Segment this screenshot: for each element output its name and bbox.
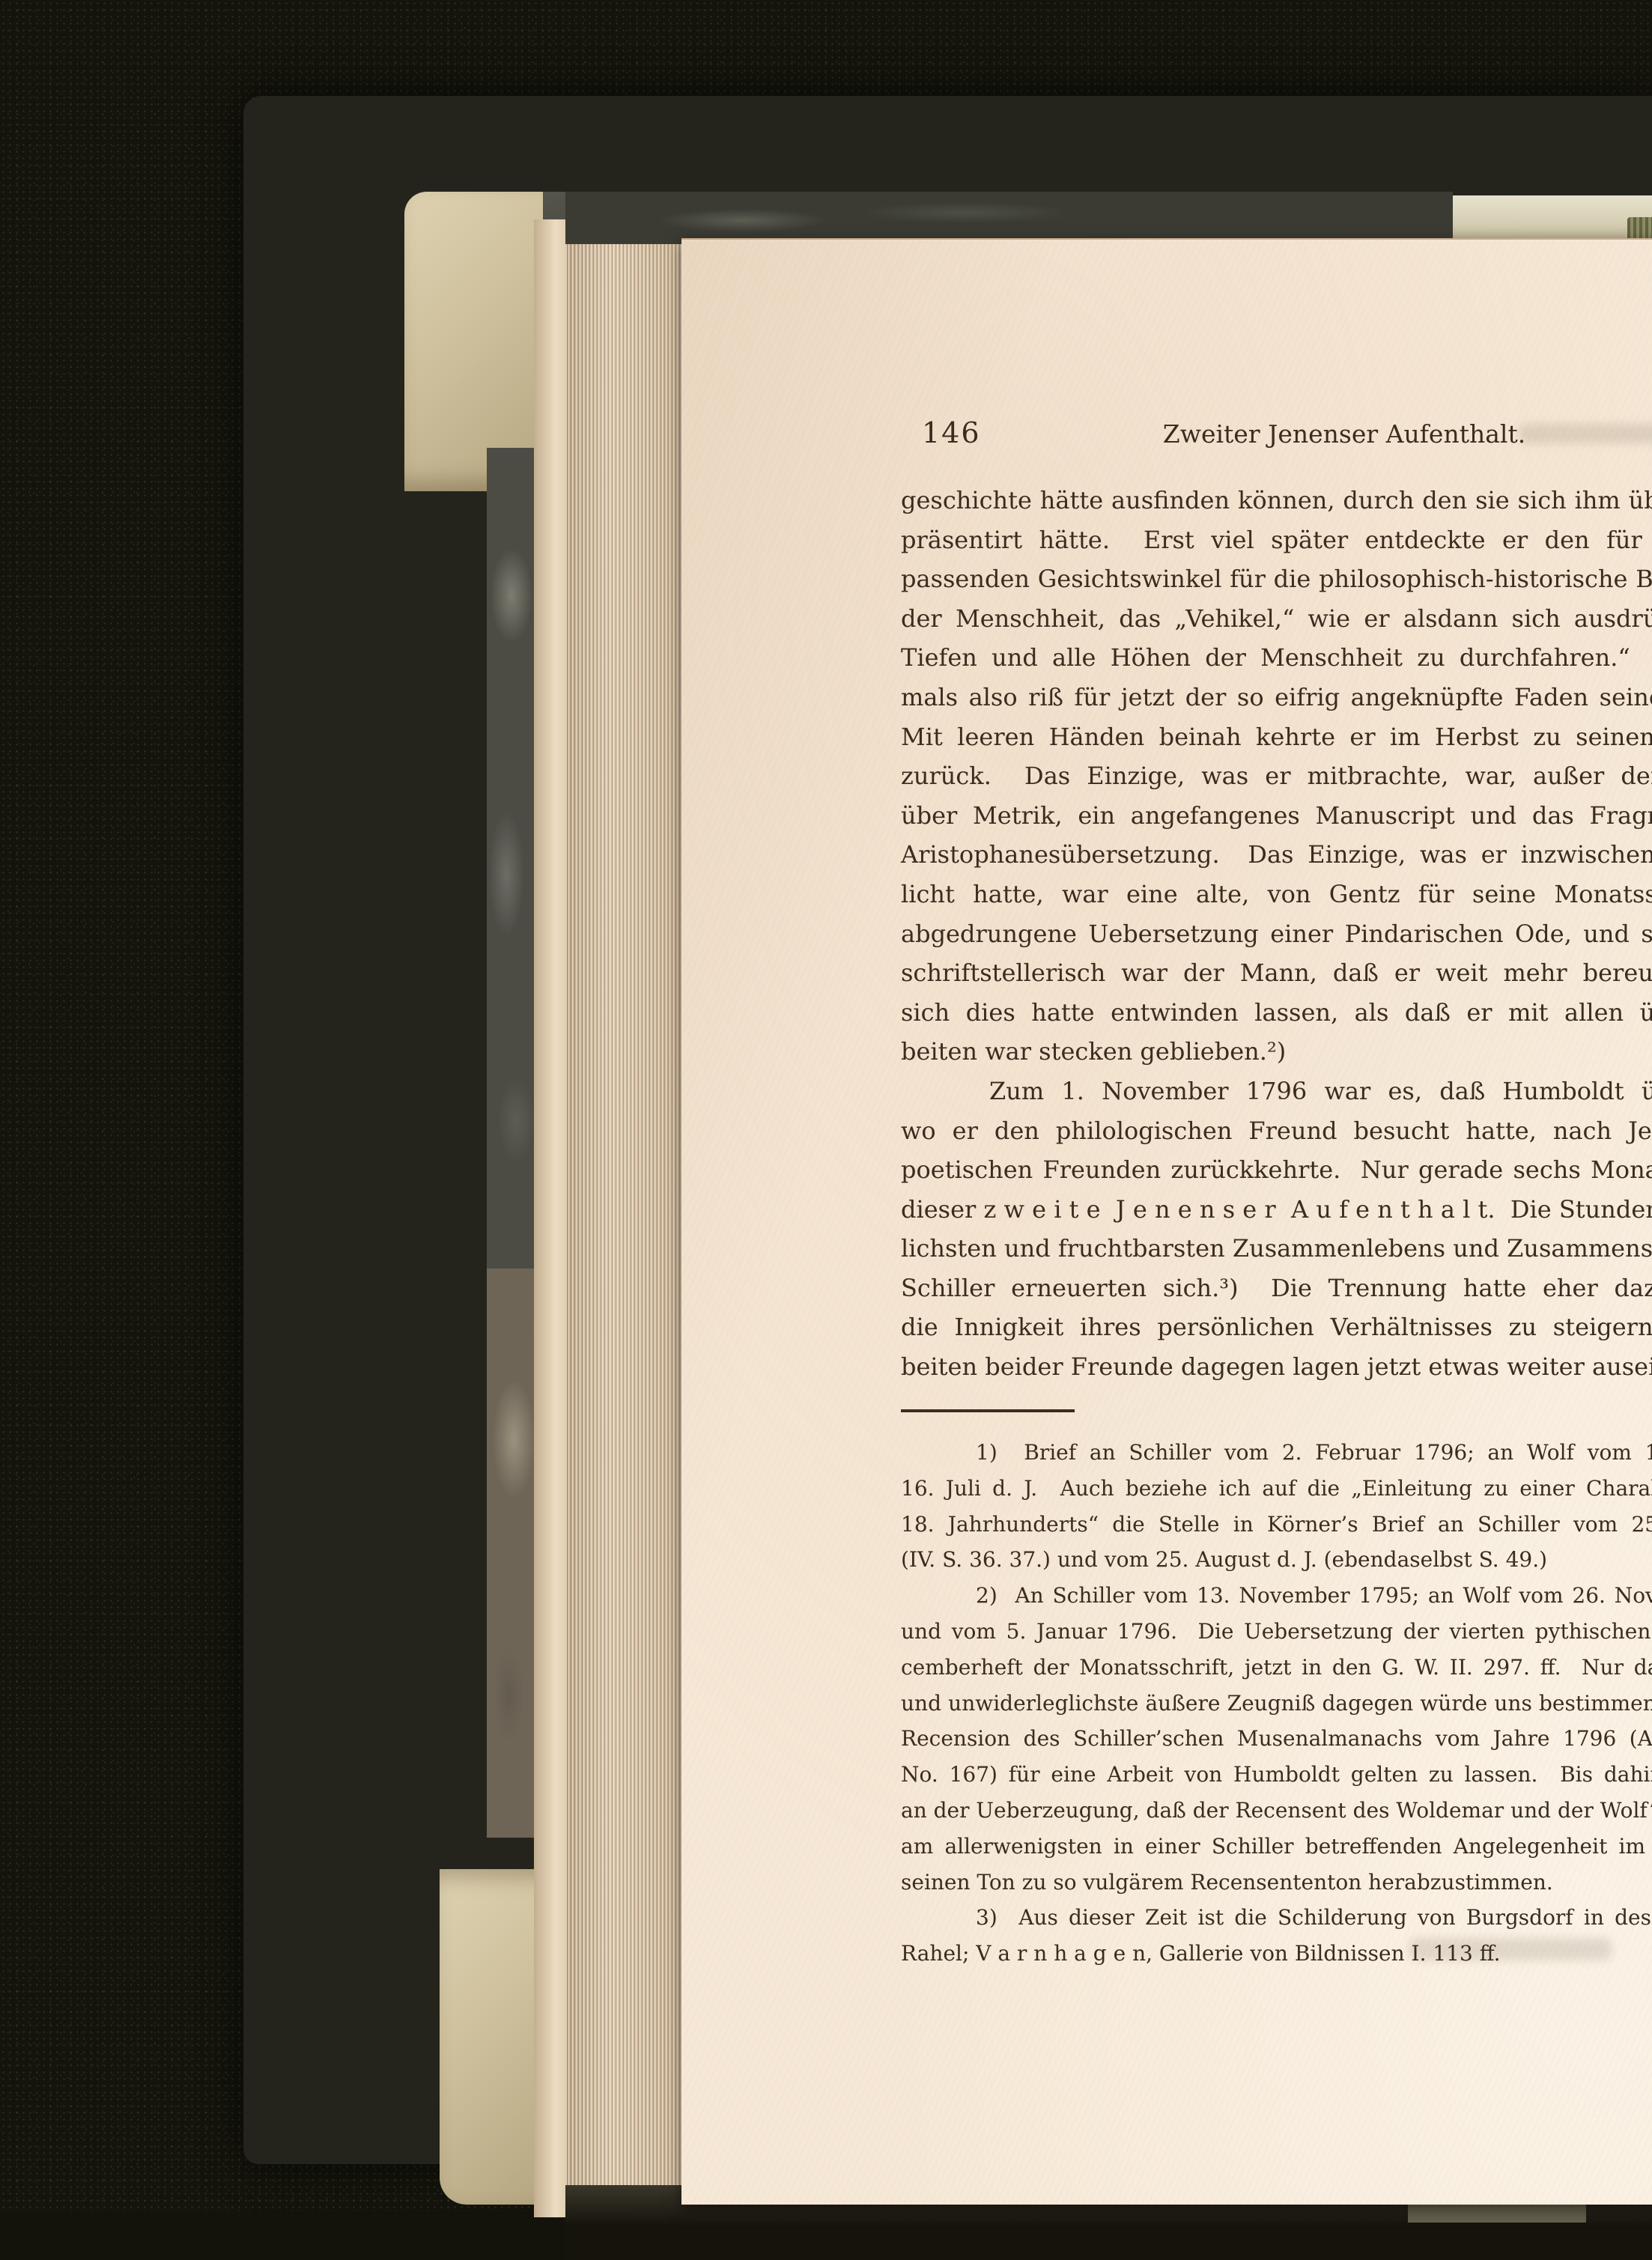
text-line: cemberheft der Monatsschrift, jetzt in d… bbox=[901, 1650, 1652, 1686]
text-line: der Menschheit, das „Vehikel,“ wie er al… bbox=[901, 599, 1652, 639]
text-line: (IV. S. 36. 37.) und vom 25. August d. J… bbox=[901, 1542, 1652, 1578]
cover-marble-left-upper bbox=[487, 448, 536, 1269]
footnote-separator-rule bbox=[901, 1409, 1075, 1412]
text-line: beiten beider Freunde dagegen lagen jetz… bbox=[901, 1347, 1652, 1387]
cover-marble-left-lower bbox=[487, 1269, 536, 1838]
text-line: am allerwenigsten in einer Schiller betr… bbox=[901, 1829, 1652, 1865]
cover-vellum-top-right bbox=[1453, 195, 1652, 244]
text-line: sich dies hatte entwinden lassen, als da… bbox=[901, 993, 1652, 1033]
scan-background: 146 Zweiter Jenenser Aufenthalt. geschic… bbox=[0, 0, 1652, 2211]
text-line: 2) An Schiller vom 13. November 1795; an… bbox=[901, 1578, 1652, 1614]
text-line: an der Ueberzeugung, daß der Recensent d… bbox=[901, 1793, 1652, 1829]
footnotes-block: 1) Brief an Schiller vom 2. Februar 1796… bbox=[901, 1435, 1652, 1972]
text-line: abgedrungene Uebersetzung einer Pindaris… bbox=[901, 914, 1652, 954]
text-line: Zum 1. November 1796 war es, daß Humbold… bbox=[901, 1072, 1652, 1111]
text-line: wo er den philologischen Freund besucht … bbox=[901, 1111, 1652, 1151]
text-line: poetischen Freunden zurückkehrte. Nur ge… bbox=[901, 1150, 1652, 1190]
text-line: Recension des Schiller’schen Musenalmana… bbox=[901, 1721, 1652, 1757]
text-line: Mit leeren Händen beinah kehrte er im He… bbox=[901, 717, 1652, 757]
text-line: die Innigkeit ihres persönlichen Verhält… bbox=[901, 1307, 1652, 1347]
text-line: 1) Brief an Schiller vom 2. Februar 1796… bbox=[901, 1435, 1652, 1471]
text-line: dieser z w e i t e J e n e n s e r A u f… bbox=[901, 1190, 1652, 1230]
text-line: schriftstellerisch war der Mann, daß er … bbox=[901, 953, 1652, 993]
cover-marble-top bbox=[565, 192, 1453, 244]
text-line: No. 167) für eine Arbeit von Humboldt ge… bbox=[901, 1757, 1652, 1793]
text-line: beiten war stecken geblieben.²) bbox=[901, 1032, 1652, 1072]
running-header-row: 146 Zweiter Jenenser Aufenthalt. bbox=[901, 416, 1652, 454]
text-line: über Metrik, ein angefangenes Manuscript… bbox=[901, 796, 1652, 836]
body-text: geschichte hätte ausfinden können, durch… bbox=[901, 481, 1652, 1387]
text-line: Rahel; V a r n h a g e n, Gallerie von B… bbox=[901, 1936, 1652, 1972]
running-header-title: Zweiter Jenenser Aufenthalt. bbox=[901, 419, 1652, 449]
text-line: Aristophanesübersetzung. Das Einzige, wa… bbox=[901, 835, 1652, 875]
text-line: geschichte hätte ausfinden können, durch… bbox=[901, 481, 1652, 520]
text-line: lichsten und fruchtbarsten Zusammenleben… bbox=[901, 1229, 1652, 1269]
text-line: passenden Gesichtswinkel für die philoso… bbox=[901, 559, 1652, 599]
text-line: und unwiderleglichste äußere Zeugniß dag… bbox=[901, 1686, 1652, 1722]
text-line: und vom 5. Januar 1796. Die Uebersetzung… bbox=[901, 1614, 1652, 1650]
text-line: 3) Aus dieser Zeit ist die Schilderung v… bbox=[901, 1900, 1652, 1936]
book-page: 146 Zweiter Jenenser Aufenthalt. geschic… bbox=[681, 238, 1652, 2205]
text-line: präsentirt hätte. Erst viel später entde… bbox=[901, 520, 1652, 560]
text-line: licht hatte, war eine alte, von Gentz fü… bbox=[901, 875, 1652, 914]
text-line: zurück. Das Einzige, was er mitbrachte, … bbox=[901, 756, 1652, 796]
text-line: seinen Ton zu so vulgärem Recensententon… bbox=[901, 1865, 1652, 1901]
text-line: 16. Juli d. J. Auch beziehe ich auf die … bbox=[901, 1471, 1652, 1507]
book: 146 Zweiter Jenenser Aufenthalt. geschic… bbox=[243, 96, 1652, 2164]
text-line: mals also riß für jetzt der so eifrig an… bbox=[901, 678, 1652, 717]
text-line: Tiefen und alle Höhen der Menschheit zu … bbox=[901, 638, 1652, 678]
text-line: 18. Jahrhunderts“ die Stelle in Körner’s… bbox=[901, 1507, 1652, 1543]
text-line: Schiller erneuerten sich.³) Die Trennung… bbox=[901, 1269, 1652, 1308]
